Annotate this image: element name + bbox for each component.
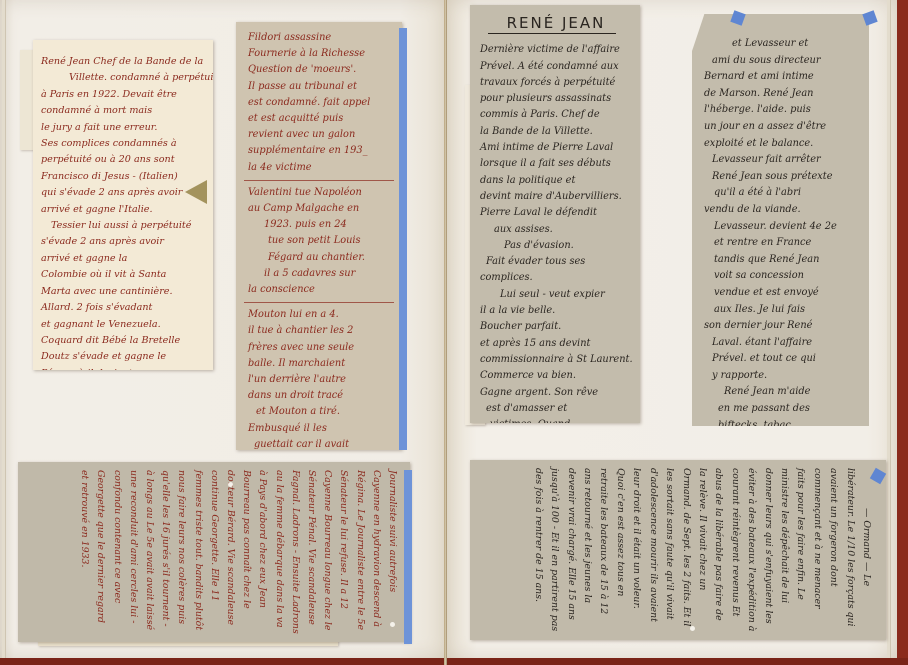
note-line: et retrouvé en 1933. xyxy=(79,470,90,568)
note-line: il tue à chantier les 2 xyxy=(248,323,396,339)
note-line: Embusqué il les xyxy=(248,421,396,437)
open-scrapbook: René Jean Chef de la Bande de la Villett… xyxy=(0,0,908,665)
note-top-center: Fildori assassine Fournerie à la Richess… xyxy=(236,22,402,450)
note-line: ami du sous directeur xyxy=(704,53,861,70)
note-line: Ami intime de Pierre Laval xyxy=(480,140,632,156)
note-line: Il passe au tribunal et xyxy=(248,79,396,95)
note-line: Et il en partirent xyxy=(549,532,560,612)
note-line: sans faute qu'il vivait xyxy=(664,518,675,619)
note-line: que le dernier regard xyxy=(95,521,106,623)
note-line: Doutz s'évade et gagne le xyxy=(41,349,205,365)
note-line: voit sa concession xyxy=(704,268,861,285)
note-line: les 2 faits. xyxy=(681,555,692,604)
note-line: biftecks. tabac xyxy=(704,418,861,426)
note-line: réintègrent revenus xyxy=(730,508,741,603)
note-line: Boucher parfait. xyxy=(480,319,632,335)
note-title: RENÉ JEAN xyxy=(480,15,632,31)
note-top-left-cream: René Jean Chef de la Bande de la Villett… xyxy=(33,40,213,370)
note-line: Question de 'moeurs'. xyxy=(248,62,396,78)
note-heading: — Ormand — xyxy=(861,468,872,571)
note-line: Marta avec une cantinière. xyxy=(41,284,205,300)
note-line: aux assises. xyxy=(480,222,632,238)
note-line: Pas d'évasion. xyxy=(480,238,632,254)
punch-hole xyxy=(390,622,395,627)
note-line: complices. xyxy=(480,270,632,286)
note-line: guettait car il avait xyxy=(248,437,396,450)
note-line: Villette. condamné à perpétuité xyxy=(41,70,205,86)
note-line: Fégard au chantier. xyxy=(248,250,396,266)
note-line: à rentrer de 15 xyxy=(533,507,544,579)
note-line: tandis que René Jean xyxy=(704,252,861,269)
note-line: exploité et le balance. xyxy=(704,136,861,153)
note-line: en me passant des xyxy=(704,401,861,418)
note-line: arrivé et gagne la xyxy=(41,251,205,267)
note-line: Dernière victime de l'affaire xyxy=(480,42,632,58)
note-line: y rapporte. xyxy=(704,368,861,385)
note-line: il a 5 cadavres sur xyxy=(248,266,396,282)
note-line: Laval. étant l'affaire xyxy=(704,335,861,352)
note-line: d'adolescence mourir xyxy=(648,468,659,570)
note-line: Valentini tue Napoléon xyxy=(248,185,396,201)
note-line: balle. Il marchaient xyxy=(248,356,396,372)
note-line: Le 5e avait avait laissé xyxy=(144,522,155,630)
note-bottom-right-rotated: — Ormand — Le libérateur. Le 1/10 les fo… xyxy=(470,460,886,640)
section-divider xyxy=(244,180,394,181)
note-line: ans. xyxy=(533,583,544,602)
note-line: l'un derrière l'autre xyxy=(248,372,396,388)
note-line: vendu de la viande. xyxy=(704,202,861,219)
note-line: Bernard et ami intime xyxy=(704,69,861,86)
blue-tape-strip xyxy=(399,28,407,450)
note-line: Commerce va bien. xyxy=(480,368,632,384)
note-line: pour plusieurs assassinats xyxy=(480,91,632,107)
note-line: Ses complices condamnés à xyxy=(41,136,205,152)
note-line: son dernier jour René xyxy=(704,318,861,335)
note-line: Pérou où il devient xyxy=(41,366,205,370)
note-line: un jour en a assez d'être xyxy=(704,119,861,136)
note-line: de Sept. xyxy=(681,513,692,552)
note-line: il a la vie belle. xyxy=(480,303,632,319)
note-line: Prével. A été condamné aux xyxy=(480,59,632,75)
note-line: s'évade 2 ans après avoir xyxy=(41,234,205,250)
page-stack-edge xyxy=(2,0,6,658)
note-line: qui s'évade 2 ans après avoir xyxy=(41,185,205,201)
note-line: Levasseur. devient 4e 2e xyxy=(704,219,861,236)
note-line: une reconduit d'ami xyxy=(128,470,139,565)
note-line: vendue et est envoyé xyxy=(704,285,861,302)
note-line: frères avec une seule xyxy=(248,340,396,356)
note-line: et rentre en France xyxy=(704,235,861,252)
note-line: revient avec un galon xyxy=(248,127,396,143)
note-line: Fagnal. Ladrons - xyxy=(290,470,301,553)
note-line: arrivé et gagne l'Italie. xyxy=(41,202,205,218)
note-line: Journaliste entre le 5e xyxy=(355,524,366,630)
rotated-text-block: — Ormand — Le libérateur. Le 1/10 les fo… xyxy=(470,460,886,640)
rotated-text-block: Journaliste suivi autrefois Cayenne en h… xyxy=(18,462,410,642)
book-cover-edge-bottom xyxy=(0,658,908,665)
note-line: et est acquitté puis xyxy=(248,111,396,127)
note-line: Sénateur le lui refuse. xyxy=(338,470,349,576)
note-line: 1923. puis en 24 xyxy=(248,217,396,233)
note-line: Prével. et tout ce qui xyxy=(704,351,861,368)
note-bottom-left-rotated: Journaliste suivi autrefois Cayenne en h… xyxy=(18,462,410,642)
note-line: dans la politique et xyxy=(480,173,632,189)
note-line: Fildori assassine xyxy=(248,30,396,46)
note-line: triste tout. bandits plutôt xyxy=(193,510,204,630)
note-line: travaux forcés à perpétuité xyxy=(480,75,632,91)
note-top-right: et Levasseur et ami du sous directeur Be… xyxy=(692,14,869,426)
book-gutter xyxy=(444,0,447,665)
page-stack-edge xyxy=(887,0,891,658)
note-line: René Jean m'aide xyxy=(704,384,861,401)
note-line: Journaliste suivi xyxy=(387,470,398,547)
note-line: René Jean sous prétexte xyxy=(704,169,861,186)
note-line: Pénal. Vie scandaleuse xyxy=(306,516,317,624)
note-line: l'héberge. l'aide. puis xyxy=(704,102,861,119)
note-line: et après 15 ans devint xyxy=(480,336,632,352)
note-line: et gagnant le Venezuela. xyxy=(41,317,205,333)
note-line: devint maire d'Aubervilliers. xyxy=(480,189,632,205)
note-line: René Jean Chef de la Bande de la xyxy=(41,54,205,70)
note-line: Fait évader tous ses xyxy=(480,254,632,270)
note-line: est d'amasser et xyxy=(480,401,632,417)
section-divider xyxy=(244,302,394,303)
note-line: à Paris en 1922. Devait être xyxy=(41,87,205,103)
note-line: qu'il a été à l'abri xyxy=(704,185,861,202)
note-line: dans un droit tracé xyxy=(248,388,396,404)
note-line: Colombie où il vit à Santa xyxy=(41,267,205,283)
note-line: Pierre Laval le défendit xyxy=(480,205,632,221)
note-line: perpétuité ou à 20 ans sont xyxy=(41,152,205,168)
note-line: et il était un voleur. xyxy=(631,516,642,609)
note-line: aux Iles. Je lui fais xyxy=(704,302,861,319)
note-line: la conscience xyxy=(248,282,396,298)
note-line: la 4e victime xyxy=(248,160,396,176)
note-line: Levasseur fait arrêter xyxy=(704,152,861,169)
note-line: lorsque il a fait ses débuts xyxy=(480,156,632,172)
note-line: faits pour les faire enfin. xyxy=(795,468,806,585)
note-line: et Levasseur et xyxy=(704,36,861,53)
note-line: Allard. 2 fois s'évadant xyxy=(41,300,205,316)
note-line: le jury a fait une erreur. xyxy=(41,120,205,136)
note-line: vrai chargé. Elle xyxy=(566,507,577,586)
note-line: supplémentaire en 193_ xyxy=(248,143,396,159)
note-line: Tessier lui aussi à perpétuité xyxy=(41,218,205,234)
note-line: victimes. Quand xyxy=(480,417,632,423)
note-line: Quoi c'en est assez tous xyxy=(615,468,626,582)
note-line: Fournerie à la Richesse xyxy=(248,46,396,62)
note-line: commissionnaire à St Laurent. xyxy=(480,352,632,368)
torn-corner-mark xyxy=(185,180,207,204)
punch-hole xyxy=(228,482,233,487)
note-line: et Mouton a tiré. xyxy=(248,404,396,420)
note-line: au Camp Malgache en xyxy=(248,201,396,217)
note-line: est condamné. fait appel xyxy=(248,95,396,111)
note-line: de Marson. René Jean xyxy=(704,86,861,103)
note-line: commis à Paris. Chef de xyxy=(480,107,632,123)
note-line: Pays d'abord chez eux xyxy=(257,479,268,584)
note-line: Mouton lui en a 4. xyxy=(248,307,396,323)
note-line: contenant ce xyxy=(112,517,123,578)
note-line: Coquard dit Bébé la Bretelle xyxy=(41,333,205,349)
book-cover-edge-right xyxy=(896,0,908,665)
note-line: condamné à mort mais xyxy=(41,103,205,119)
punch-hole xyxy=(690,626,695,631)
note-line: Francisco di Jesus - (Italien) xyxy=(41,169,205,185)
note-rene-jean: RENÉ JEAN Dernière victime de l'affaire … xyxy=(470,5,640,423)
note-line: Lui seul - veut expier xyxy=(480,287,632,303)
note-line: Gagne argent. Son rêve xyxy=(480,385,632,401)
blue-tape-strip xyxy=(404,470,412,644)
note-line: la Bande de la Villette. xyxy=(480,124,632,140)
note-line: tue son petit Louis xyxy=(248,233,396,249)
title-underline xyxy=(488,33,616,34)
note-line: nous faire leurs nos colères xyxy=(176,470,187,601)
